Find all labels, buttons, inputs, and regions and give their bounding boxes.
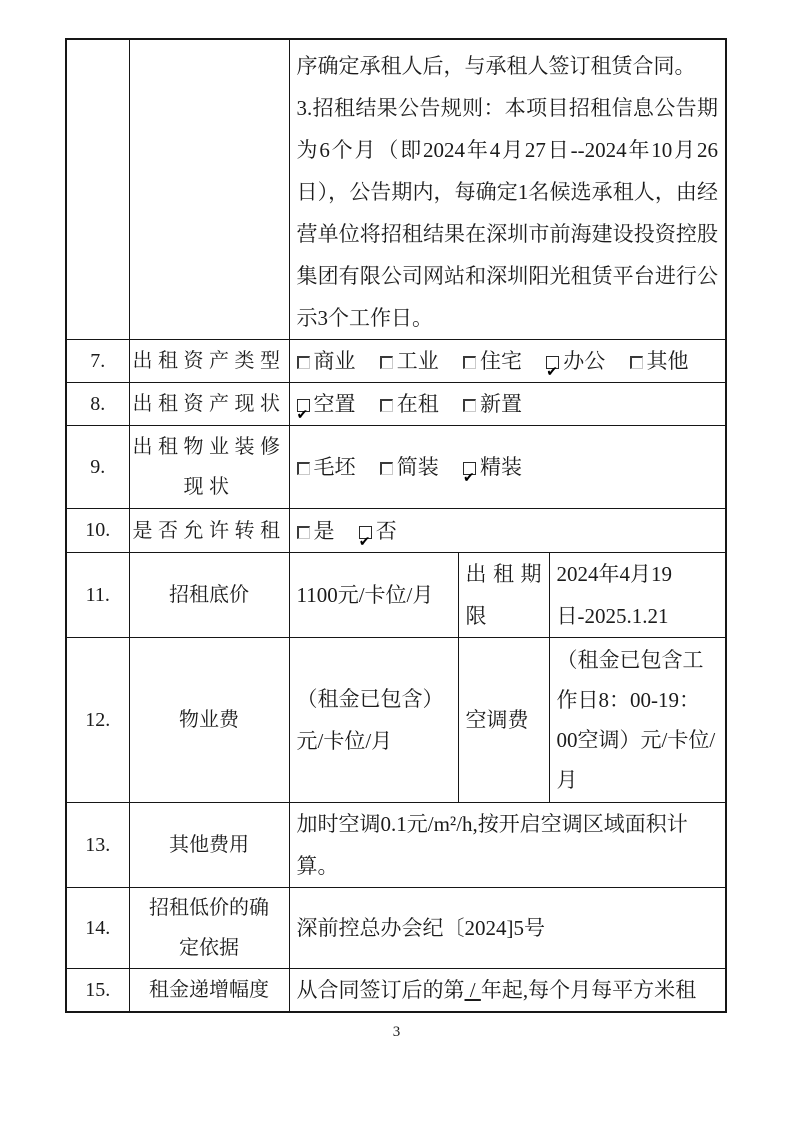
row-8-options-cell: 空置 在租 新置 <box>289 383 726 426</box>
rental-info-table: 序确定承租人后，与承租人签订租赁合同。 3.招租结果公告规则：本项目招租信息公告… <box>65 38 727 1013</box>
continuation-text-cell: 序确定承租人后，与承租人签订租赁合同。 3.招租结果公告规则：本项目招租信息公告… <box>289 39 726 340</box>
row-number: 14. <box>66 888 129 969</box>
row-11-sub-value: 2024年4月19日-2025.1.21 <box>549 553 726 638</box>
row-7-options-cell: 商业 工业 住宅 办公 其他 <box>289 340 726 383</box>
checkbox-label: 在租 <box>397 392 439 416</box>
row-number: 10. <box>66 509 129 553</box>
checkbox-label: 商业 <box>314 349 356 373</box>
row-number: 13. <box>66 803 129 888</box>
fill-in-blank[interactable]: / <box>465 978 481 1002</box>
checkbox-option-fou[interactable]: 否 <box>359 519 397 543</box>
row-14-label: 招租低价的确 定依据 <box>129 888 289 969</box>
checkbox-label: 简装 <box>397 455 439 479</box>
checkbox-option-zaizu[interactable]: 在租 <box>380 392 439 416</box>
row-number-cell <box>66 39 129 340</box>
table-row-11: 11. 招租底价 1100元/卡位/月 出租期限 2024年4月19日-2025… <box>66 553 726 638</box>
checkbox-icon[interactable] <box>359 526 372 539</box>
table-row-7: 7. 出租资产类型 商业 工业 住宅 办公 其他 <box>66 340 726 383</box>
checkbox-icon[interactable] <box>463 462 476 475</box>
checkbox-label: 否 <box>376 519 397 543</box>
checkbox-label: 毛坯 <box>314 455 356 479</box>
checkbox-icon[interactable] <box>380 462 393 475</box>
checkbox-option-shangye[interactable]: 商业 <box>297 349 356 373</box>
checkbox-option-jingzhuang[interactable]: 精装 <box>463 455 522 479</box>
row-12-label: 物业费 <box>129 638 289 803</box>
checkbox-icon[interactable] <box>380 399 393 412</box>
checkbox-option-maopi[interactable]: 毛坯 <box>297 455 356 479</box>
row-number: 7. <box>66 340 129 383</box>
checkbox-icon[interactable] <box>630 356 643 369</box>
continuation-paragraph-2: 3.招租结果公告规则：本项目招租信息公告期为6个月（即2024年4月27日--2… <box>297 87 719 339</box>
table-row-9: 9. 出租物业装修 现状 毛坯 简装 精装 <box>66 426 726 509</box>
table-row-14: 14. 招租低价的确 定依据 深前控总办会纪〔2024]5号 <box>66 888 726 969</box>
row-9-options-cell: 毛坯 简装 精装 <box>289 426 726 509</box>
checkbox-label: 是 <box>314 519 335 543</box>
checkbox-icon[interactable] <box>463 399 476 412</box>
row-8-label: 出租资产现状 <box>129 383 289 426</box>
table-row-8: 8. 出租资产现状 空置 在租 新置 <box>66 383 726 426</box>
row-15-value: 从合同签订后的第 / 年起,每个月每平方米租 <box>289 969 726 1013</box>
row-15-label: 租金递增幅度 <box>129 969 289 1013</box>
row-number: 8. <box>66 383 129 426</box>
table-row-15: 15. 租金递增幅度 从合同签订后的第 / 年起,每个月每平方米租 <box>66 969 726 1013</box>
table-row-13: 13. 其他费用 加时空调0.1元/m²/h,按开启空调区域面积计算。 <box>66 803 726 888</box>
checkbox-label: 办公 <box>563 349 605 373</box>
row-number: 11. <box>66 553 129 638</box>
checkbox-icon[interactable] <box>297 462 310 475</box>
checkbox-option-jianzhuang[interactable]: 简装 <box>380 455 439 479</box>
checkbox-label: 住宅 <box>480 349 522 373</box>
checkbox-icon[interactable] <box>380 356 393 369</box>
row-11-label: 招租底价 <box>129 553 289 638</box>
row-11-sub-label: 出租期限 <box>458 553 549 638</box>
checkbox-option-kongzhi[interactable]: 空置 <box>297 392 356 416</box>
checkbox-icon[interactable] <box>463 356 476 369</box>
checkbox-label: 其他 <box>647 349 689 373</box>
row-number: 9. <box>66 426 129 509</box>
checkbox-label: 精装 <box>480 455 522 479</box>
table-row-10: 10. 是否允许转租 是 否 <box>66 509 726 553</box>
checkbox-label: 新置 <box>480 392 522 416</box>
document-page: 序确定承租人后，与承租人签订租赁合同。 3.招租结果公告规则：本项目招租信息公告… <box>0 0 793 1122</box>
table-row-continuation: 序确定承租人后，与承租人签订租赁合同。 3.招租结果公告规则：本项目招租信息公告… <box>66 39 726 340</box>
row-12-sub-label: 空调费 <box>458 638 549 803</box>
table-row-12: 12. 物业费 （租金已包含）元/卡位/月 空调费 （租金已包含工作日8：00-… <box>66 638 726 803</box>
row-15-value-prefix: 从合同签订后的第 <box>297 978 465 1002</box>
row-9-label: 出租物业装修 现状 <box>129 426 289 509</box>
checkbox-icon[interactable] <box>297 526 310 539</box>
row-7-label: 出租资产类型 <box>129 340 289 383</box>
row-12-value: （租金已包含）元/卡位/月 <box>289 638 458 803</box>
checkbox-option-zhuzhai[interactable]: 住宅 <box>463 349 522 373</box>
row-14-value: 深前控总办会纪〔2024]5号 <box>289 888 726 969</box>
row-10-options-cell: 是 否 <box>289 509 726 553</box>
checkbox-option-xinzhi[interactable]: 新置 <box>463 392 522 416</box>
checkbox-option-gongye[interactable]: 工业 <box>380 349 439 373</box>
checkbox-option-qita[interactable]: 其他 <box>630 349 689 373</box>
checkbox-icon[interactable] <box>546 356 559 369</box>
row-13-value: 加时空调0.1元/m²/h,按开启空调区域面积计算。 <box>289 803 726 888</box>
row-12-sub-value: （租金已包含工作日8：00-19：00空调）元/卡位/月 <box>549 638 726 803</box>
checkbox-label: 工业 <box>397 349 439 373</box>
row-10-label: 是否允许转租 <box>129 509 289 553</box>
row-11-value: 1100元/卡位/月 <box>289 553 458 638</box>
continuation-paragraph-1: 序确定承租人后，与承租人签订租赁合同。 <box>297 45 719 87</box>
row-15-value-suffix: 年起,每个月每平方米租 <box>481 978 696 1002</box>
checkbox-option-shi[interactable]: 是 <box>297 519 335 543</box>
row-number: 12. <box>66 638 129 803</box>
page-number: 3 <box>0 1024 793 1041</box>
checkbox-label: 空置 <box>314 392 356 416</box>
checkbox-icon[interactable] <box>297 356 310 369</box>
checkbox-icon[interactable] <box>297 399 310 412</box>
row-label-cell <box>129 39 289 340</box>
row-number: 15. <box>66 969 129 1013</box>
checkbox-option-bangong[interactable]: 办公 <box>546 349 605 373</box>
row-13-label: 其他费用 <box>129 803 289 888</box>
